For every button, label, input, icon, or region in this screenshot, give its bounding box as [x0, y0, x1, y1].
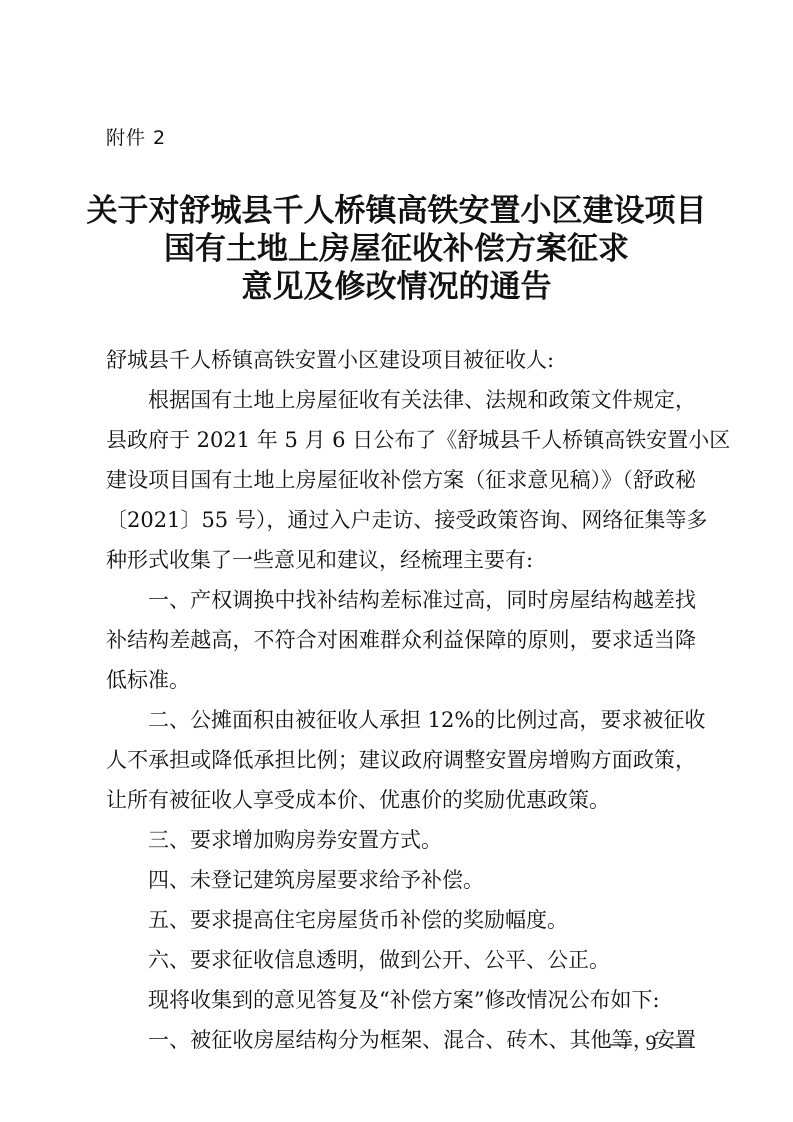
title-line: 意见及修改情况的通告	[80, 268, 713, 306]
paragraph-line: 让所有被征收人享受成本价、优惠价的奖励优惠政策。	[106, 780, 696, 820]
title-line: 国有土地上房屋征收补偿方案征求	[80, 230, 713, 268]
response-intro: 现将收集到的意见答复及“补偿方案”修改情况公布如下:	[106, 980, 696, 1020]
title-line: 关于对舒城县千人桥镇高铁安置小区建设项目	[80, 192, 713, 230]
paragraph-line: 建设项目国有土地上房屋征收补偿方案（征求意见稿）》（舒政秘	[106, 460, 696, 500]
opinion-item-5: 五、要求提高住宅房屋货币补偿的奖励幅度。	[106, 900, 696, 940]
opinion-item-6: 六、要求征收信息透明，做到公开、公平、公正。	[106, 940, 696, 980]
paragraph-line: 低标准。	[106, 660, 696, 700]
paragraph-line: 补结构差越高，不符合对困难群众利益保障的原则，要求适当降	[106, 620, 696, 660]
opinion-item-1: 一、产权调换中找补结构差标准过高，同时房屋结构越差找	[106, 580, 696, 620]
paragraph-line: 〔2021〕55 号），通过入户走访、接受政策咨询、网络征集等多	[106, 500, 696, 540]
paragraph-line: 种形式收集了一些意见和建议，经梳理主要有:	[106, 540, 696, 580]
document-body: 舒城县千人桥镇高铁安置小区建设项目被征收人: 根据国有土地上房屋征收有关法律、法…	[106, 340, 696, 1060]
document-page: 附件 2 关于对舒城县千人桥镇高铁安置小区建设项目 国有土地上房屋征收补偿方案征…	[0, 0, 793, 1122]
document-title: 关于对舒城县千人桥镇高铁安置小区建设项目 国有土地上房屋征收补偿方案征求 意见及…	[80, 192, 713, 306]
paragraph-line: 县政府于 2021 年 5 月 6 日公布了《舒城县千人桥镇高铁安置小区	[106, 420, 696, 460]
paragraph-line: 根据国有土地上房屋征收有关法律、法规和政策文件规定，	[106, 380, 696, 420]
opinion-item-2: 二、公摊面积由被征收人承担 12%的比例过高，要求被征收	[106, 700, 696, 740]
response-item-1: 一、被征收房屋结构分为框架、混合、砖木、其他等，安置	[106, 1020, 696, 1060]
salutation: 舒城县千人桥镇高铁安置小区建设项目被征收人:	[106, 340, 696, 380]
page-number: — 9 —	[610, 1030, 696, 1056]
opinion-item-3: 三、要求增加购房券安置方式。	[106, 820, 696, 860]
opinion-item-4: 四、未登记建筑房屋要求给予补偿。	[106, 860, 696, 900]
attachment-label: 附件 2	[106, 123, 166, 150]
paragraph-line: 人不承担或降低承担比例；建议政府调整安置房增购方面政策，	[106, 740, 696, 780]
